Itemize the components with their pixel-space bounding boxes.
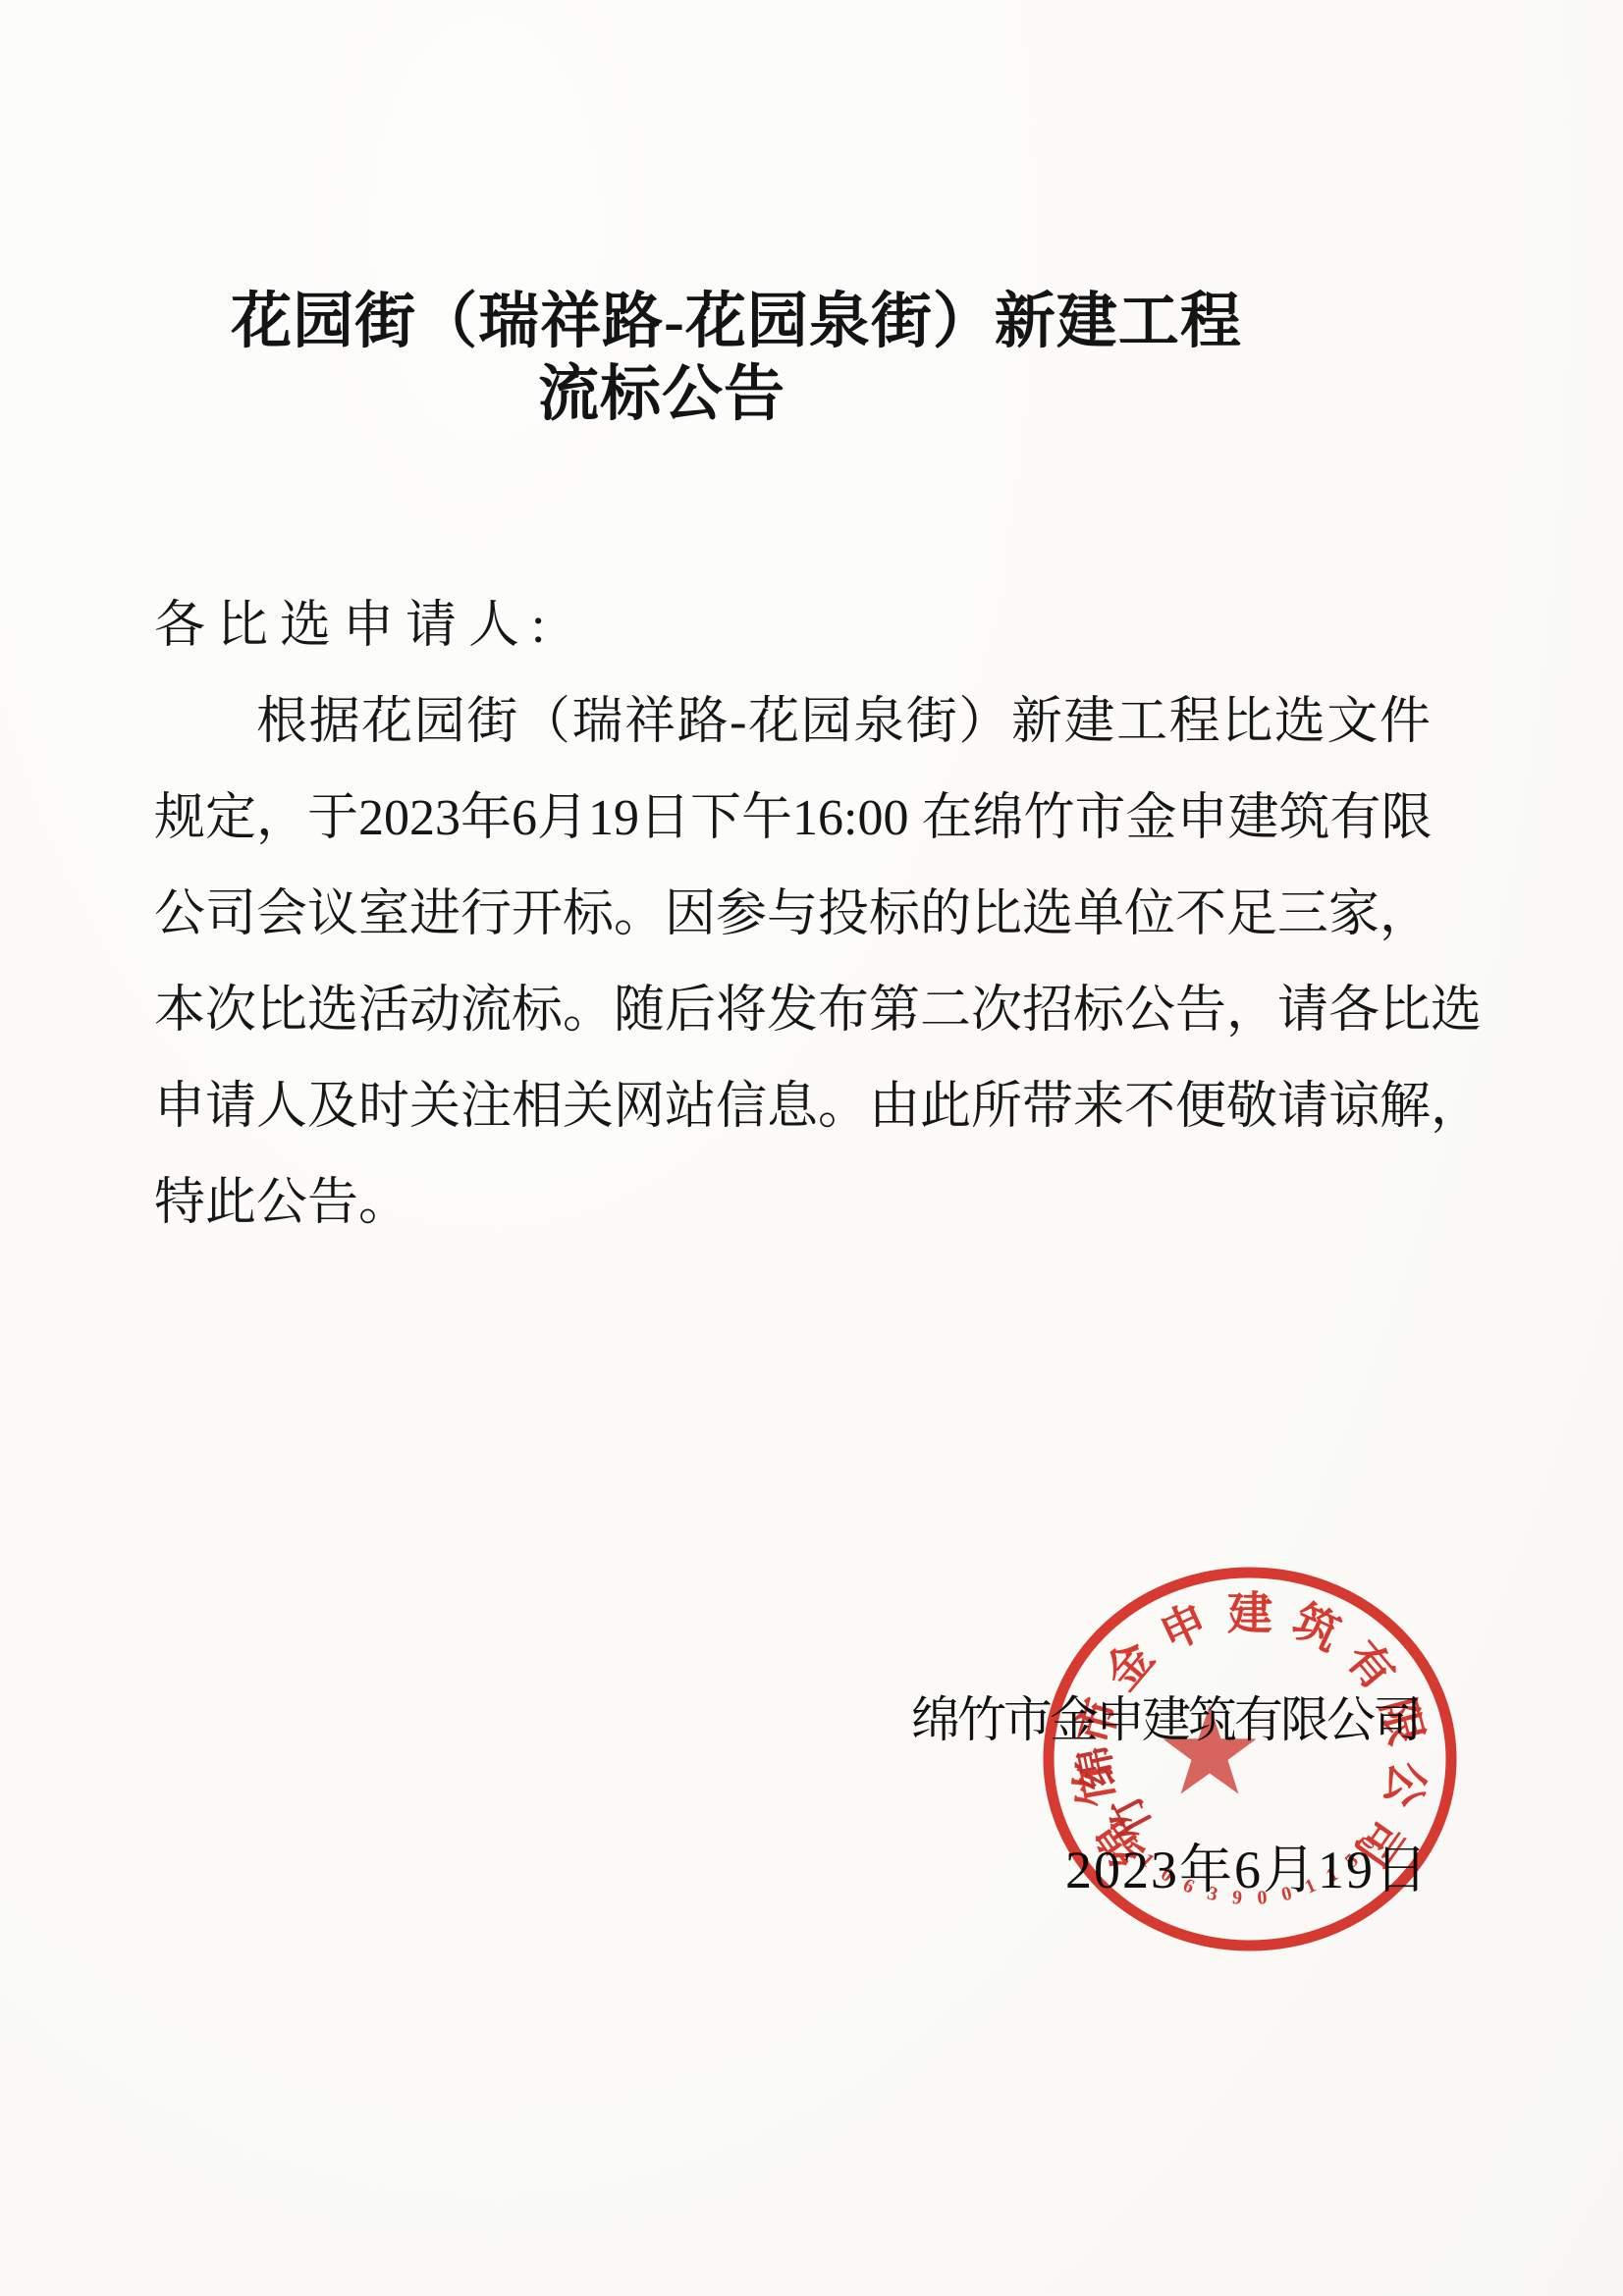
seal-ring-char: 有 <box>1336 1632 1404 1699</box>
seal-ring-char: 筑 <box>1285 1595 1347 1660</box>
body-line-6: 特此公告。 <box>154 1155 1431 1252</box>
document-title-line1: 花园街（瑞祥路-花园泉街）新建工程 <box>0 287 1473 357</box>
salutation-line: 各比选申请人: <box>154 578 1431 674</box>
seal-ring-char: 建 <box>1227 1589 1272 1639</box>
body-line-3: 公司会议室进行开标。因参与投标的比选单位不足三家， <box>154 867 1431 963</box>
seal-serial-digit: 0 <box>1157 1863 1177 1887</box>
seal-serial-digit: 6 <box>1180 1874 1198 1897</box>
company-seal-stamp: 绵 竹 市 金 申 建 筑 有 限 公 司 绵 竹 5 1 0 6 3 9 0 … <box>1038 1555 1462 1963</box>
body-line-4: 本次比选活动流标。随后将发布第二次招标公告，请各比选 <box>154 963 1431 1059</box>
seal-ring-char: 申 <box>1153 1595 1215 1660</box>
seal-serial-number: 5 1 0 6 3 9 0 0 1 1 5 0 <box>1119 1833 1380 1909</box>
scanned-document-page: 花园街（瑞祥路-花园泉街）新建工程 流标公告 各比选申请人: 根据花园街（瑞祥路… <box>0 0 1623 2296</box>
seal-ring-char: 金 <box>1096 1632 1163 1699</box>
seal-serial-digit: 0 <box>1257 1887 1269 1909</box>
body-line-1: 根据花园街（瑞祥路-花园泉街）新建工程比选文件 <box>154 674 1431 771</box>
seal-serial-digit: 9 <box>1231 1887 1243 1909</box>
seal-serial-digit: 3 <box>1205 1883 1219 1906</box>
seal-serial-digit: 1 <box>1302 1875 1320 1898</box>
seal-star-icon <box>1163 1705 1256 1794</box>
seal-ring-char: 限 <box>1372 1693 1432 1750</box>
seal-ring-char: 市 <box>1068 1693 1128 1750</box>
body-line-2: 规定，于2023年6月19日下午16:00 在绵竹市金申建筑有限 <box>154 771 1431 867</box>
body-line-5: 申请人及时关注相关网站信息。由此所带来不便敬请谅解， <box>154 1059 1431 1155</box>
seal-ring-char: 公 <box>1376 1758 1433 1811</box>
document-title-line2: 流标公告 <box>0 359 1324 430</box>
seal-serial-digit: 0 <box>1279 1883 1294 1906</box>
document-body: 各比选申请人: 根据花园街（瑞祥路-花园泉街）新建工程比选文件 规定，于2023… <box>154 578 1431 1252</box>
seal-ghost-char: 绵 <box>1070 1742 1124 1792</box>
seal-serial-digit: 1 <box>1323 1863 1342 1887</box>
